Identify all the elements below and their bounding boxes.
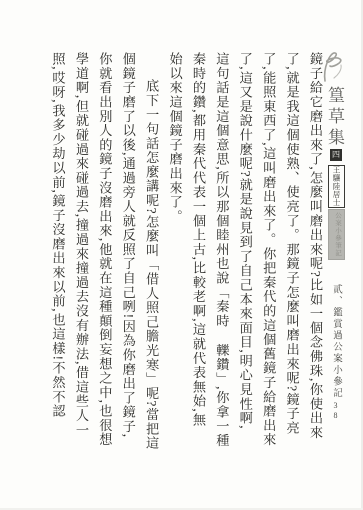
text-column-8: 底下一句話怎麼講呢?怎麼叫「借人照己膽光寒」呢?當把這	[140, 52, 163, 468]
book-page: 篁草集 四 王驤陸居士 公案小參筆記 貳、鑑賞過公案小參記 38 鏡子給它磨出來…	[0, 0, 363, 510]
text-column-4: 了,這又是說什麼呢?就是說見到了自己本來面目,明心見性啊,	[233, 52, 256, 468]
body-text: 鏡子給它磨出來了,怎麼叫磨出來呢?比如一個念佛珠,你使出來 了,就是我這個使熟、…	[45, 52, 327, 468]
volume-badge: 四	[330, 149, 342, 161]
text-column-3: 了,能照東西了,這叫磨出來了。你把秦代的這個舊鏡子給磨出來	[257, 52, 280, 468]
text-column-2: 了,就是我這個使熟、使亮了。那鏡子怎麼叫磨出來呢?鏡子亮	[280, 52, 303, 468]
text-column-10: 你就看出別人的鏡子沒磨出來,他就在這種顛倒妄想之中,也很想	[93, 52, 116, 468]
text-column-9: 個鏡子磨了以後,通過旁人就反照了自己咧!因為你磨出了鏡子,	[116, 52, 139, 468]
subtitle-box: 公案小參筆記	[328, 209, 345, 260]
text-column-5: 這句話是這個意思,所以那個睦州也說「秦時𨍏轢鑽」,你拿一種	[210, 52, 233, 468]
text-column-12: 照,哎呀,我多少劫以前,鏡子沒磨出來以前,也這樣!不然不認	[46, 52, 69, 468]
text-column-6: 秦時的鑽,都用秦代代表一個上古,比較老啊,這就代表無始,無	[187, 52, 210, 468]
section-caption: 貳、鑑賞過公案小參記	[329, 284, 343, 406]
text-column-1: 鏡子給它磨出來了,怎麼叫磨出來呢?比如一個念佛珠,你使出來	[304, 52, 327, 468]
text-column-11: 學道啊,但就碰過來碰過去,撞過來撞過去沒有辦法,借這些人一	[70, 52, 93, 468]
text-column-7: 始以來這個鏡子磨出來了。	[163, 52, 186, 468]
page-number: 38	[331, 401, 340, 421]
author-box: 王驤陸居士	[328, 165, 345, 208]
